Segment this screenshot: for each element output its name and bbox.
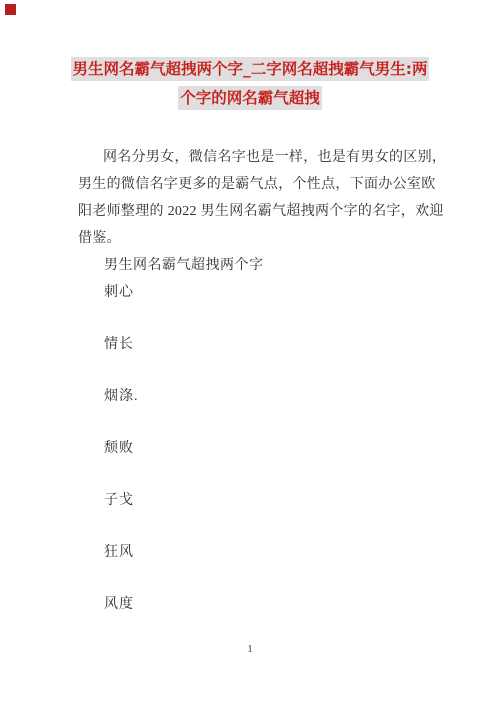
- paragraph-line: 男生的微信名字更多的是霸气点，个性点，下面办公室欧: [78, 171, 500, 198]
- title-line-2-wrap: 个字的网名霸气超拽: [0, 84, 500, 113]
- list-item: 狂风: [104, 539, 500, 566]
- document-page: 男生网名霸气超拽两个字_二字网名超拽霸气男生:两 个字的网名霸气超拽 网名分男女…: [0, 0, 500, 708]
- list-item: 风度: [104, 591, 500, 618]
- title-line-2: 个字的网名霸气超拽: [178, 86, 322, 110]
- list-item: 烟涤.: [104, 383, 500, 410]
- corner-square-decoration: [5, 4, 16, 15]
- document-body: 网名分男女，微信名字也是一样，也是有男女的区别， 男生的微信名字更多的是霸气点，…: [78, 144, 500, 618]
- list-item: 子戈: [104, 487, 500, 514]
- paragraph-line: 网名分男女，微信名字也是一样，也是有男女的区别，: [78, 144, 500, 171]
- paragraph-line: 阳老师整理的 2022 男生网名霸气超拽两个字的名字，欢迎: [78, 198, 500, 225]
- page-title: 男生网名霸气超拽两个字_二字网名超拽霸气男生:两 个字的网名霸气超拽: [0, 55, 500, 113]
- list-heading: 男生网名霸气超拽两个字: [104, 252, 500, 279]
- paragraph-line: 借鉴。: [78, 225, 500, 252]
- title-line-1-wrap: 男生网名霸气超拽两个字_二字网名超拽霸气男生:两: [0, 55, 500, 84]
- list-item: 刺心: [104, 279, 500, 306]
- title-line-1: 男生网名霸气超拽两个字_二字网名超拽霸气男生:两: [71, 57, 430, 81]
- page-number: 1: [0, 643, 500, 656]
- list-item: 情长: [104, 331, 500, 358]
- list-item: 颓败: [104, 435, 500, 462]
